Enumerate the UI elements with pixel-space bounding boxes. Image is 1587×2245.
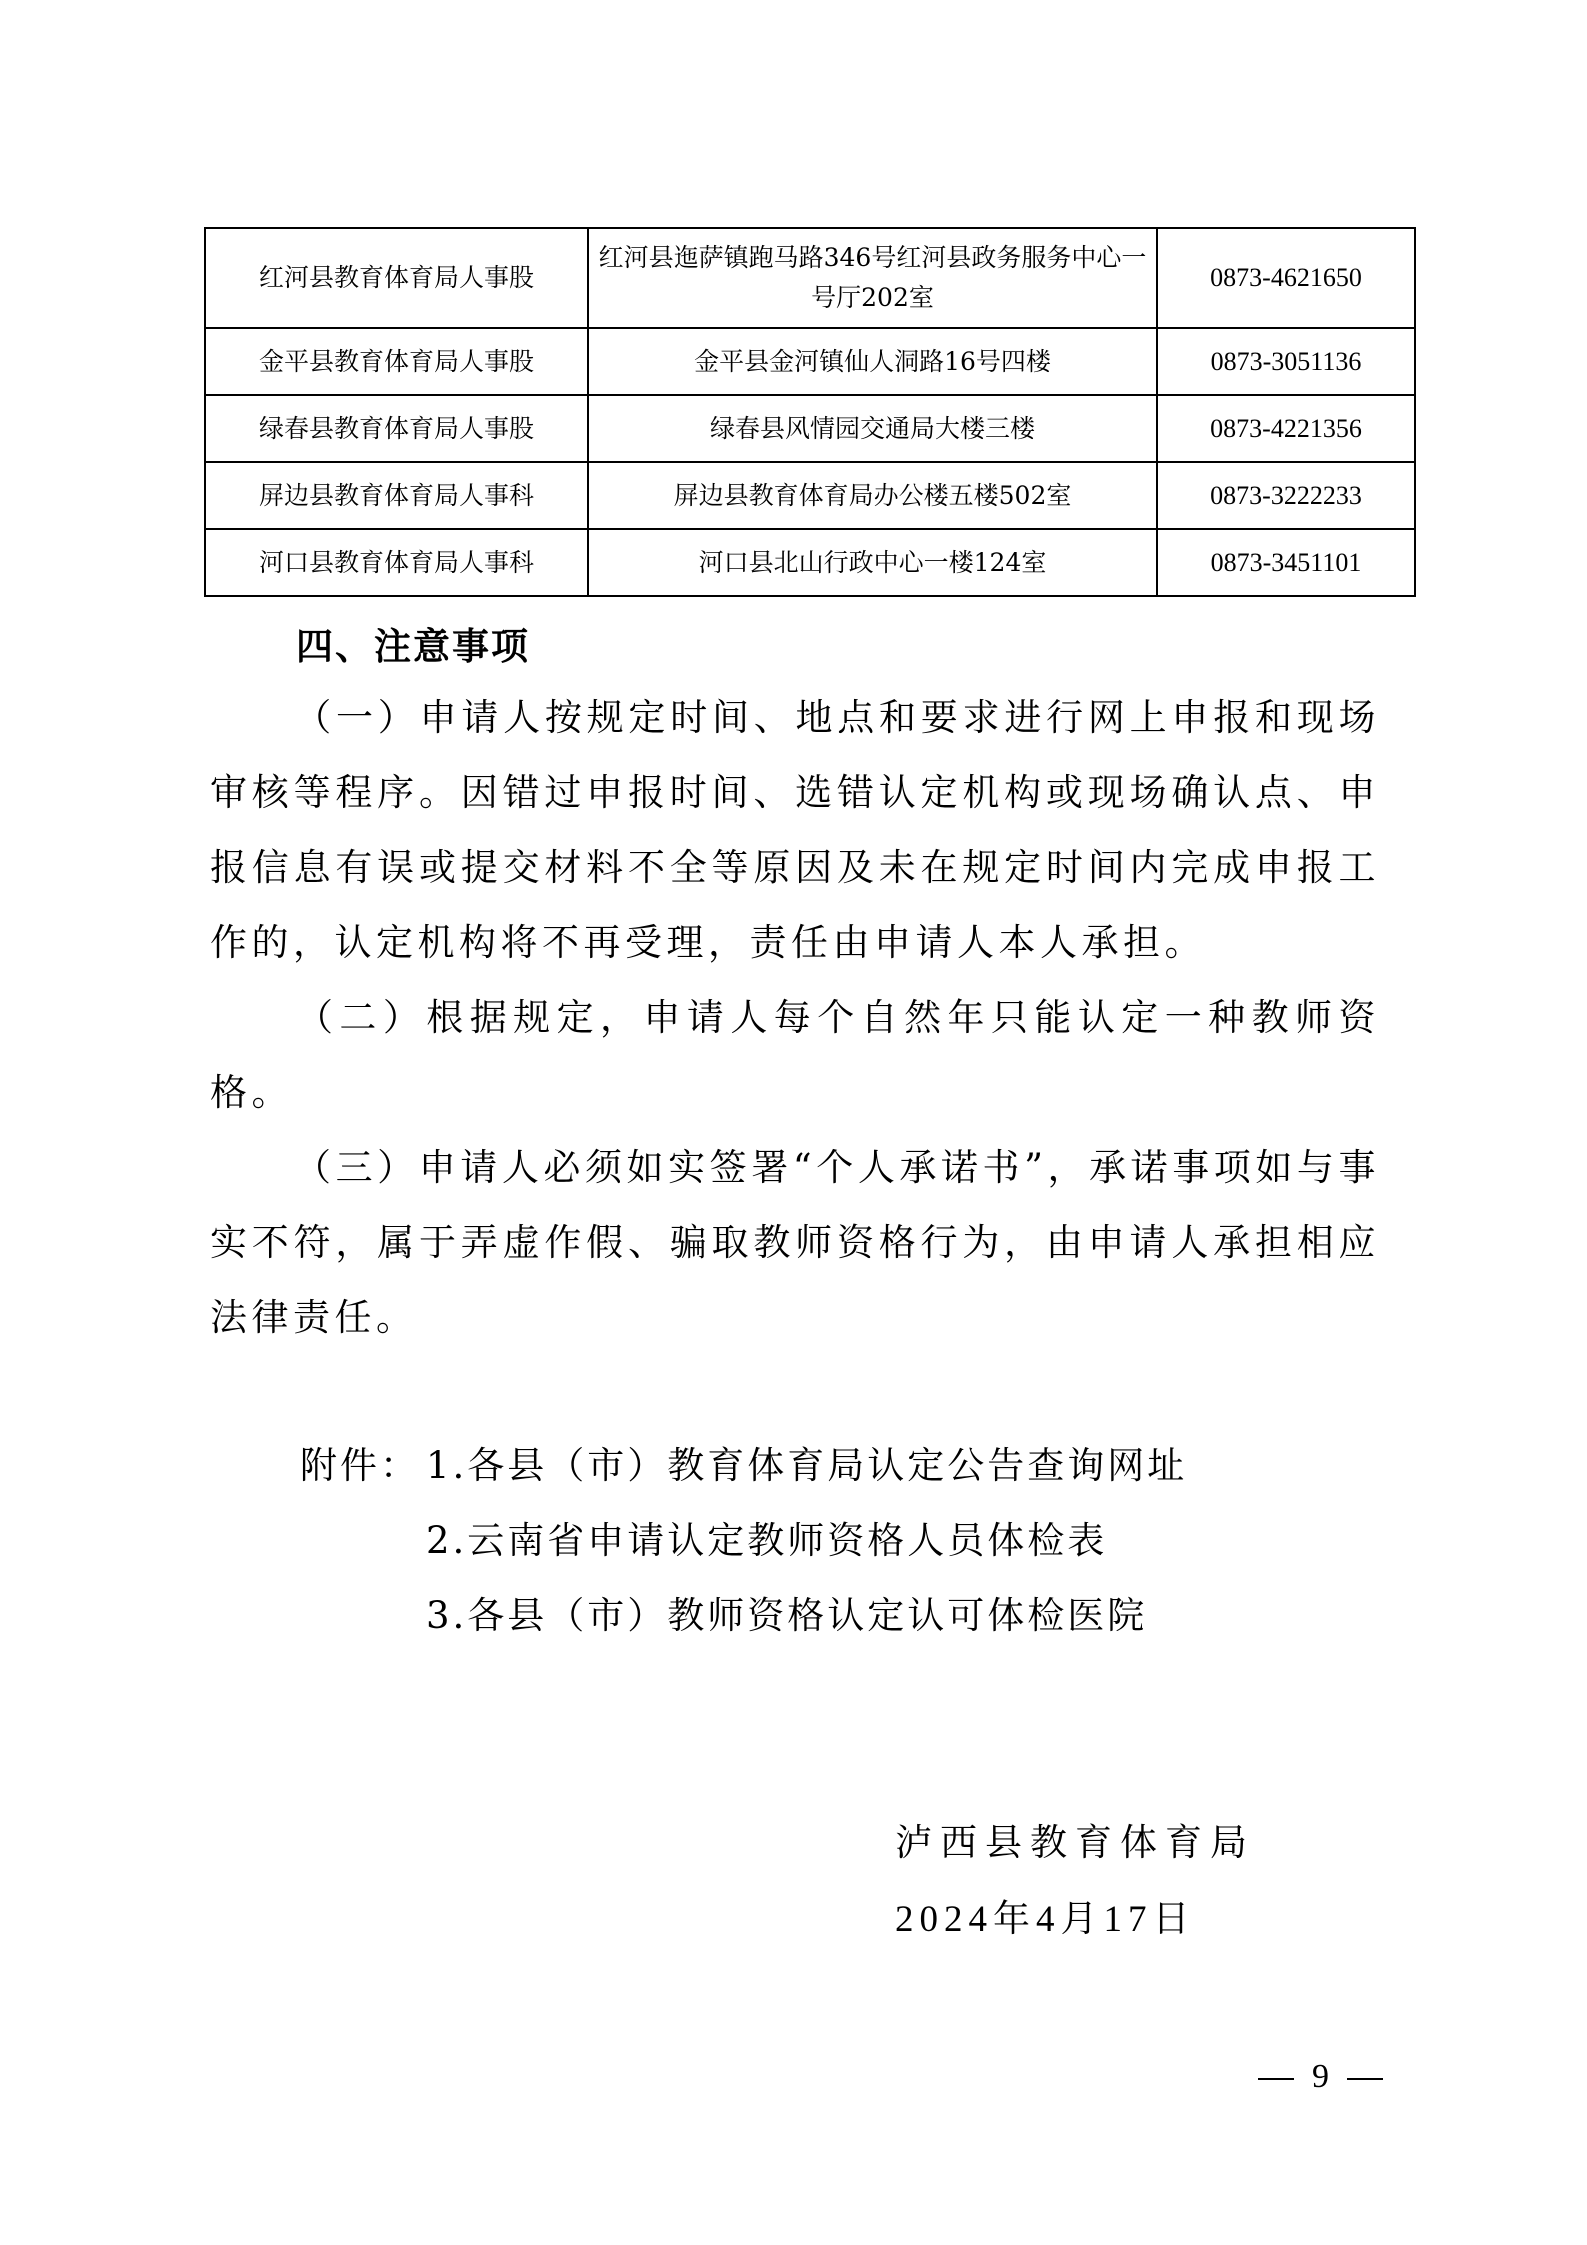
attachments-list: 1.各县（市）教育体育局认定公告查询网址 2.云南省申请认定教师资格人员体检表 … — [426, 1428, 1187, 1653]
address-cell: 屏边县教育体育局办公楼五楼502室 — [588, 462, 1157, 529]
document-page: 红河县教育体育局人事股 红河县迤萨镇跑马路346号红河县政务服务中心一号厅202… — [0, 0, 1587, 2245]
section-heading: 四、注意事项 — [296, 616, 530, 670]
notice-paragraph-3: （三）申请人必须如实签署“个人承诺书”，承诺事项如与事实不符，属于弄虚作假、骗取… — [210, 1130, 1380, 1355]
table-row: 红河县教育体育局人事股 红河县迤萨镇跑马路346号红河县政务服务中心一号厅202… — [205, 228, 1415, 328]
phone-cell: 0873-3451101 — [1157, 529, 1415, 596]
department-cell: 河口县教育体育局人事科 — [205, 529, 588, 596]
paragraph-text: （一）申请人按规定时间、地点和要求进行网上申报和现场审核等程序。因错过申报时间、… — [210, 696, 1380, 964]
page-number-text: 9 — [1312, 2058, 1329, 2095]
signature-date: 2024年4月17日 — [895, 1888, 1196, 1942]
table-row: 绿春县教育体育局人事股 绿春县风情园交通局大楼三楼 0873-4221356 — [205, 395, 1415, 462]
dash-left — [1258, 2078, 1294, 2080]
signature-organization: 泸西县教育体育局 — [895, 1812, 1255, 1866]
contact-table: 红河县教育体育局人事股 红河县迤萨镇跑马路346号红河县政务服务中心一号厅202… — [204, 227, 1416, 597]
attachment-item: 3.各县（市）教师资格认定认可体检医院 — [426, 1578, 1187, 1653]
address-cell: 绿春县风情园交通局大楼三楼 — [588, 395, 1157, 462]
department-cell: 绿春县教育体育局人事股 — [205, 395, 588, 462]
address-cell: 河口县北山行政中心一楼124室 — [588, 529, 1157, 596]
attachments-label: 附件： — [300, 1428, 420, 1503]
table-row: 金平县教育体育局人事股 金平县金河镇仙人洞路16号四楼 0873-3051136 — [205, 328, 1415, 395]
department-cell: 红河县教育体育局人事股 — [205, 228, 588, 328]
page-number: 9 — [1240, 2058, 1401, 2096]
department-cell: 金平县教育体育局人事股 — [205, 328, 588, 395]
notice-paragraph-1: （一）申请人按规定时间、地点和要求进行网上申报和现场审核等程序。因错过申报时间、… — [210, 680, 1380, 980]
address-cell: 金平县金河镇仙人洞路16号四楼 — [588, 328, 1157, 395]
table-row: 屏边县教育体育局人事科 屏边县教育体育局办公楼五楼502室 0873-32222… — [205, 462, 1415, 529]
attachment-item: 1.各县（市）教育体育局认定公告查询网址 — [426, 1428, 1187, 1503]
paragraph-text: （二）根据规定，申请人每个自然年只能认定一种教师资格。 — [210, 996, 1380, 1114]
phone-cell: 0873-4621650 — [1157, 228, 1415, 328]
paragraph-text: （三）申请人必须如实签署“个人承诺书”，承诺事项如与事实不符，属于弄虚作假、骗取… — [210, 1146, 1380, 1339]
table-row: 河口县教育体育局人事科 河口县北山行政中心一楼124室 0873-3451101 — [205, 529, 1415, 596]
dash-right — [1347, 2078, 1383, 2080]
phone-cell: 0873-4221356 — [1157, 395, 1415, 462]
address-cell: 红河县迤萨镇跑马路346号红河县政务服务中心一号厅202室 — [588, 228, 1157, 328]
phone-cell: 0873-3051136 — [1157, 328, 1415, 395]
notice-paragraph-2: （二）根据规定，申请人每个自然年只能认定一种教师资格。 — [210, 980, 1380, 1130]
phone-cell: 0873-3222233 — [1157, 462, 1415, 529]
department-cell: 屏边县教育体育局人事科 — [205, 462, 588, 529]
attachment-item: 2.云南省申请认定教师资格人员体检表 — [426, 1503, 1187, 1578]
